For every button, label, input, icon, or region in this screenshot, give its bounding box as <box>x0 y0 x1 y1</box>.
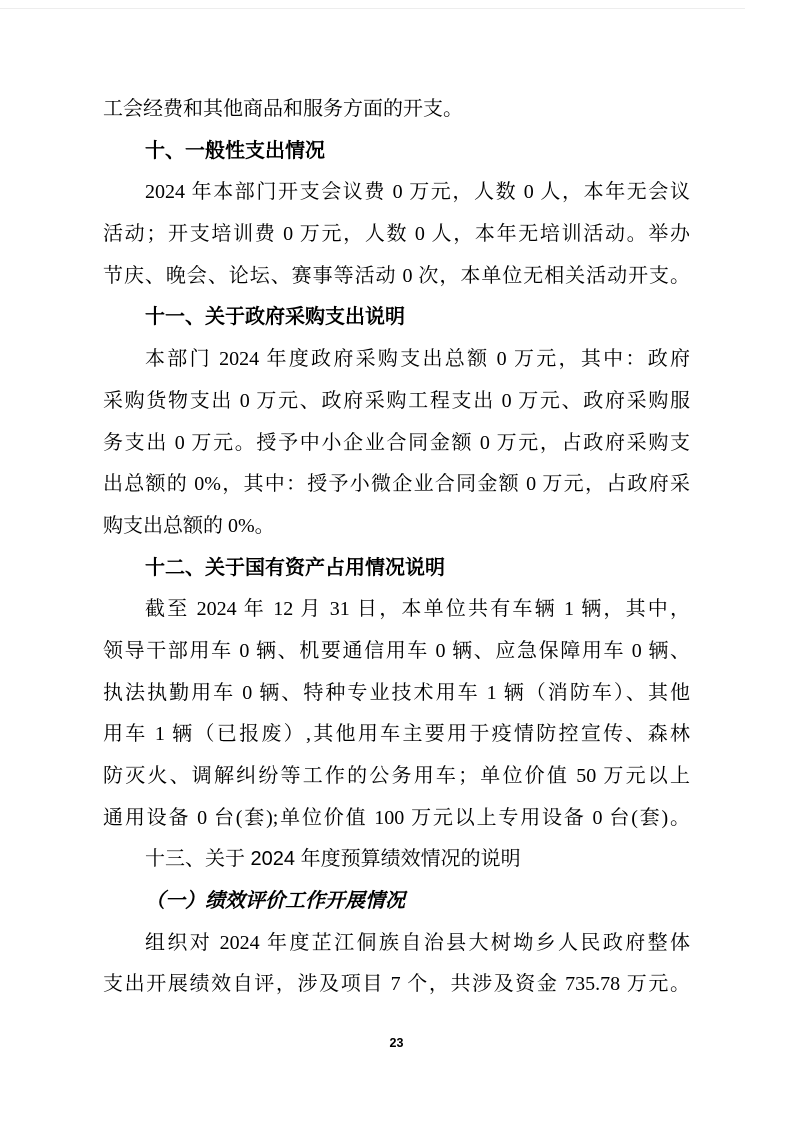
section-13-heading: 十三、关于 2024 年度预算绩效情况的说明 <box>103 839 690 881</box>
section-12-heading: 十二、关于国有资产占用情况说明 <box>103 548 690 590</box>
section-12-paragraph-line-1: 截至 2024 年 12 月 31 日，本单位共有车辆 1 辆，其中， <box>103 589 690 631</box>
section-12-paragraph-line-4: 用车 1 辆（已报废）,其他用车主要用于疫情防控宣传、森林 <box>103 714 690 756</box>
section-12-paragraph-line-6: 通用设备 0 台(套);单位价值 100 万元以上专用设备 0 台(套)。 <box>103 798 690 840</box>
section-11-paragraph-line-1: 本部门 2024 年度政府采购支出总额 0 万元，其中：政府 <box>103 339 690 381</box>
carryover-paragraph-line-1: 工会经费和其他商品和服务方面的开支。 <box>103 89 690 131</box>
section-11-heading-line-1: 十一、关于政府采购支出说明 <box>103 297 690 339</box>
page-number: 23 <box>0 1036 793 1050</box>
page-top-border <box>0 8 745 9</box>
section-13-paragraph-line-1: 组织对 2024 年度芷江侗族自治县大树坳乡人民政府整体 <box>103 923 690 965</box>
section-12-paragraph-line-3: 执法执勤用车 0 辆、特种专业技术用车 1 辆（消防车）、其他 <box>103 673 690 715</box>
section-10-paragraph-line-3: 节庆、晚会、论坛、赛事等活动 0 次，本单位无相关活动开支。 <box>103 256 690 298</box>
section-12-paragraph-line-5: 防灭火、调解纠纷等工作的公务用车；单位价值 50 万元以上 <box>103 756 690 798</box>
section-12-paragraph: 截至 2024 年 12 月 31 日，本单位共有车辆 1 辆，其中，领导干部用… <box>103 589 690 839</box>
section-11-heading: 十一、关于政府采购支出说明 <box>103 297 690 339</box>
section-10-paragraph-line-1: 2024 年本部门开支会议费 0 万元，人数 0 人，本年无会议 <box>103 172 690 214</box>
carryover-paragraph: 工会经费和其他商品和服务方面的开支。 <box>103 89 690 131</box>
section-12-paragraph-line-2: 领导干部用车 0 辆、机要通信用车 0 辆、应急保障用车 0 辆、 <box>103 631 690 673</box>
section-11-paragraph-line-2: 采购货物支出 0 万元、政府采购工程支出 0 万元、政府采购服 <box>103 381 690 423</box>
section-13-sub-heading-line-1: （一）绩效评价工作开展情况 <box>103 881 690 923</box>
section-10-paragraph-line-2: 活动；开支培训费 0 万元，人数 0 人，本年无培训活动。举办 <box>103 214 690 256</box>
section-13-paragraph-line-2: 支出开展绩效自评，涉及项目 7 个，共涉及资金 735.78 万元。 <box>103 964 690 1006</box>
section-13-heading-line-1: 十三、关于 2024 年度预算绩效情况的说明 <box>103 839 690 881</box>
section-11-paragraph-line-4: 出总额的 0%，其中：授予小微企业合同金额 0 万元，占政府采 <box>103 464 690 506</box>
section-11-paragraph: 本部门 2024 年度政府采购支出总额 0 万元，其中：政府采购货物支出 0 万… <box>103 339 690 547</box>
section-13-paragraph: 组织对 2024 年度芷江侗族自治县大树坳乡人民政府整体支出开展绩效自评，涉及项… <box>103 923 690 1006</box>
document-content: 工会经费和其他商品和服务方面的开支。十、一般性支出情况2024 年本部门开支会议… <box>103 89 690 1006</box>
section-10-heading-line-1: 十、一般性支出情况 <box>103 131 690 173</box>
section-13-sub-heading: （一）绩效评价工作开展情况 <box>103 881 690 923</box>
document-page: 工会经费和其他商品和服务方面的开支。十、一般性支出情况2024 年本部门开支会议… <box>0 0 793 1122</box>
section-12-heading-line-1: 十二、关于国有资产占用情况说明 <box>103 548 690 590</box>
section-11-paragraph-line-5: 购支出总额的 0%。 <box>103 506 690 548</box>
section-11-paragraph-line-3: 务支出 0 万元。授予中小企业合同金额 0 万元，占政府采购支 <box>103 423 690 465</box>
section-10-paragraph: 2024 年本部门开支会议费 0 万元，人数 0 人，本年无会议活动；开支培训费… <box>103 172 690 297</box>
section-10-heading: 十、一般性支出情况 <box>103 131 690 173</box>
